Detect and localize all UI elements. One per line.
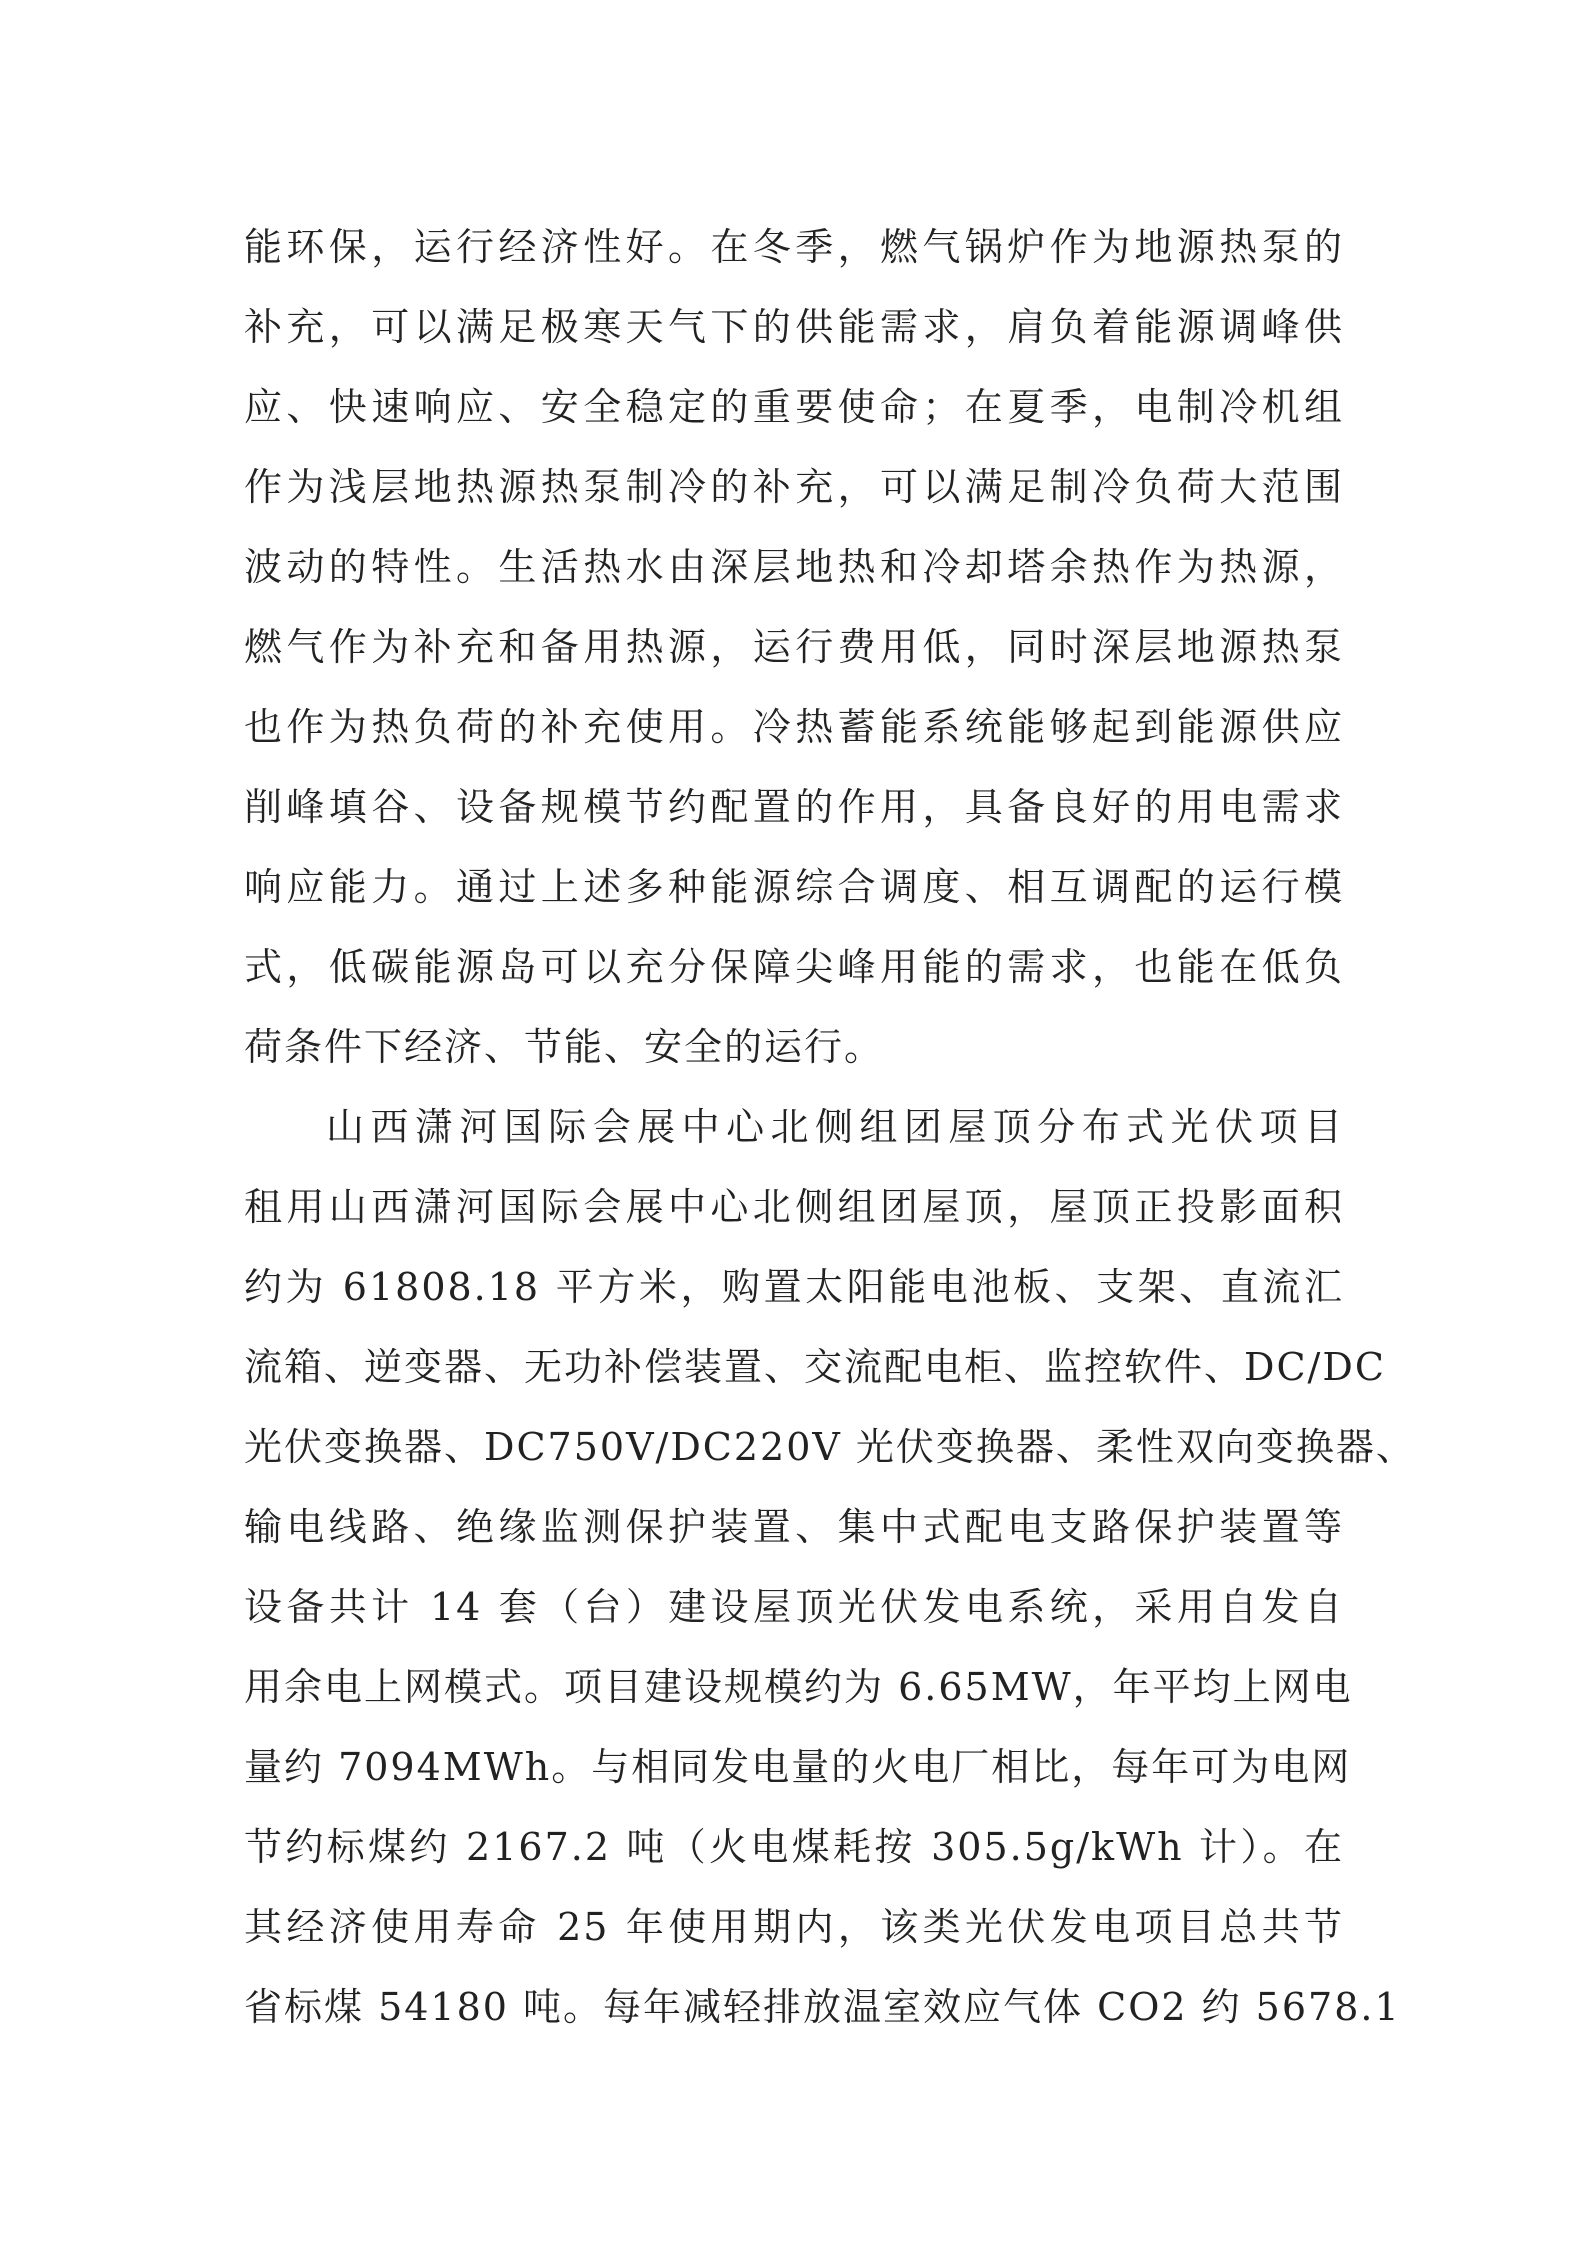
text-line: 山西潇河国际会展中心北侧组团屋顶分布式光伏项目 xyxy=(244,1087,1344,1167)
text-line: 作为浅层地热源热泵制冷的补充，可以满足制冷负荷大范围 xyxy=(244,447,1344,527)
text-line: 设备共计 14 套（台）建设屋顶光伏发电系统，采用自发自 xyxy=(244,1567,1344,1647)
text-line: 节约标煤约 2167.2 吨（火电煤耗按 305.5g/kWh 计）。在 xyxy=(244,1807,1344,1887)
paragraph-pv-project: 山西潇河国际会展中心北侧组团屋顶分布式光伏项目 租用山西潇河国际会展中心北侧组团… xyxy=(244,1087,1344,2047)
document-page: 能环保，运行经济性好。在冬季，燃气锅炉作为地源热泵的 补充，可以满足极寒天气下的… xyxy=(244,207,1344,2047)
text-line: 波动的特性。生活热水由深层地热和冷却塔余热作为热源， xyxy=(244,527,1344,607)
text-line: 燃气作为补充和备用热源，运行费用低，同时深层地源热泵 xyxy=(244,607,1344,687)
text-line: 流箱、逆变器、无功补偿装置、交流配电柜、监控软件、DC/DC xyxy=(244,1327,1344,1407)
text-line: 能环保，运行经济性好。在冬季，燃气锅炉作为地源热泵的 xyxy=(244,207,1344,287)
text-line: 输电线路、绝缘监测保护装置、集中式配电支路保护装置等 xyxy=(244,1487,1344,1567)
text-line: 荷条件下经济、节能、安全的运行。 xyxy=(244,1007,1344,1087)
text-line: 用余电上网模式。项目建设规模约为 6.65MW，年平均上网电 xyxy=(244,1647,1344,1727)
text-line: 量约 7094MWh。与相同发电量的火电厂相比，每年可为电网 xyxy=(244,1727,1344,1807)
text-line: 约为 61808.18 平方米，购置太阳能电池板、支架、直流汇 xyxy=(244,1247,1344,1327)
text-line: 式，低碳能源岛可以充分保障尖峰用能的需求，也能在低负 xyxy=(244,927,1344,1007)
text-line: 光伏变换器、DC750V/DC220V 光伏变换器、柔性双向变换器、 xyxy=(244,1407,1344,1487)
text-line: 削峰填谷、设备规模节约配置的作用，具备良好的用电需求 xyxy=(244,767,1344,847)
paragraph-energy-island: 能环保，运行经济性好。在冬季，燃气锅炉作为地源热泵的 补充，可以满足极寒天气下的… xyxy=(244,207,1344,1087)
text-line: 省标煤 54180 吨。每年减轻排放温室效应气体 CO2 约 5678.1 xyxy=(244,1967,1344,2047)
text-line: 应、快速响应、安全稳定的重要使命；在夏季，电制冷机组 xyxy=(244,367,1344,447)
text-line: 补充，可以满足极寒天气下的供能需求，肩负着能源调峰供 xyxy=(244,287,1344,367)
text-line: 响应能力。通过上述多种能源综合调度、相互调配的运行模 xyxy=(244,847,1344,927)
text-line: 其经济使用寿命 25 年使用期内，该类光伏发电项目总共节 xyxy=(244,1887,1344,1967)
text-line: 也作为热负荷的补充使用。冷热蓄能系统能够起到能源供应 xyxy=(244,687,1344,767)
text-line: 租用山西潇河国际会展中心北侧组团屋顶，屋顶正投影面积 xyxy=(244,1167,1344,1247)
